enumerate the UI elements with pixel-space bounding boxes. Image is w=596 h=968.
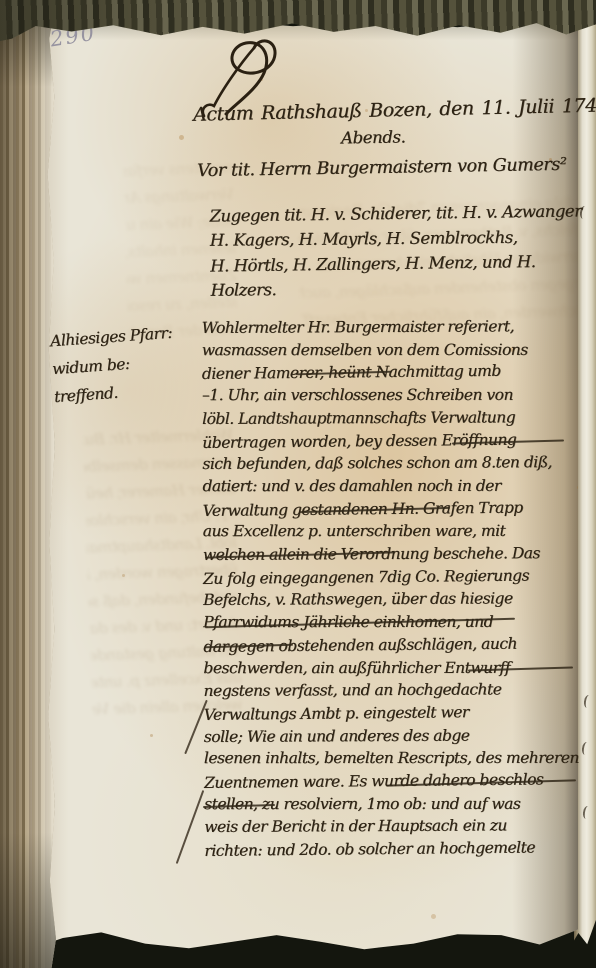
body-line: Wohlermelter Hr. Burgermaister referiert… — [202, 315, 577, 340]
body-line: lesenen inhalts, bemelten Rescripts, des… — [204, 747, 579, 770]
body-line: wasmassen demselben von dem Comissions — [202, 339, 577, 362]
manuscript-scan: Wohlermelter Hr. Burgermaister referiert… — [0, 0, 596, 968]
heading-time: Abends. — [341, 127, 406, 147]
attendance-line: H. Kagers, H. Mayrls, H. Semblrockhs, — [210, 224, 582, 253]
body-line: datiert: und v. des damahlen noch in der — [202, 475, 577, 498]
body-line: löbl. Landtshauptmannschafts Verwaltung — [202, 406, 577, 431]
binding-edge — [0, 0, 56, 968]
body-line: weis der Bericht in der Hauptsach ein zu — [204, 814, 579, 839]
body-line: aus Excellenz p. unterschriben ware, mit — [203, 520, 578, 543]
body-line: negstens verfasst, und an hochgedachte — [203, 678, 578, 703]
margin-note: Alhiesiges Pfarr: widum be: treffend. — [49, 319, 177, 411]
body-line: Verwaltungs Ambt p. eingestelt wer — [204, 700, 579, 727]
body-line: sich befunden, daß solches schon am 8.te… — [202, 451, 577, 476]
body-line: solle; Wie ain und anderes des abge — [204, 724, 579, 749]
body-line: richten: und 2do. ob solcher an hochgeme… — [204, 836, 579, 863]
attendance-line: Holzers. — [210, 274, 582, 303]
body-line: –1. Uhr, ain verschlossenes Schreiben vo… — [202, 384, 577, 407]
body-line: Zu folg eingegangenen 7dig Co. Regierung… — [203, 564, 578, 591]
attendance-paragraph: Zugegen tit. H. v. Schiderer, tit. H. v.… — [209, 198, 582, 303]
body-line: diener Hamerer, heünt Nachmittag umb — [202, 359, 577, 386]
body-line: Befelchs, v. Rathswegen, über das hiesig… — [203, 587, 578, 612]
